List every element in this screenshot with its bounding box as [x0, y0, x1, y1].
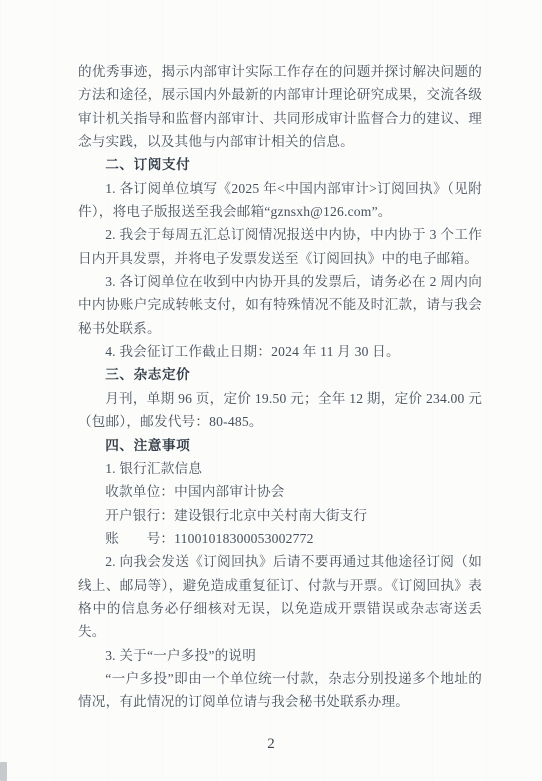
section-heading: 三、杂志定价 — [78, 363, 482, 386]
paragraph: “一户多投”即由一个单位统一付款，杂志分别投递多个地址的情况，有此情况的订阅单位… — [78, 667, 482, 714]
paragraph: 1. 银行汇款信息 — [78, 457, 482, 480]
paragraph: 收款单位：中国内部审计协会 — [78, 480, 482, 503]
paragraph: 的优秀事迹，揭示内部审计实际工作存在的问题并探讨解决问题的方法和途径，展示国内外… — [78, 60, 482, 153]
paragraph: 4. 我会征订工作截止日期：2024 年 11 月 30 日。 — [78, 340, 482, 363]
paragraph: 2. 我会于每周五汇总订阅情况报送中内协，中内协于 3 个工作日内开具发票，并将… — [78, 223, 482, 270]
paragraph: 开户银行：建设银行北京中关村南大街支行 — [78, 504, 482, 527]
scan-artifact — [0, 762, 7, 781]
paragraph: 2. 向我会发送《订阅回执》后请不要再通过其他途径订阅（如线上、邮局等），避免造… — [78, 550, 482, 643]
page-number: 2 — [0, 736, 542, 753]
document-body: 的优秀事迹，揭示内部审计实际工作存在的问题并探讨解决问题的方法和途径，展示国内外… — [78, 60, 482, 714]
paragraph: 账 号：11001018300053002772 — [78, 527, 482, 550]
paragraph: 3. 关于“一户多投”的说明 — [78, 644, 482, 667]
paragraph: 月刊，单期 96 页，定价 19.50 元；全年 12 期，定价 234.00 … — [78, 387, 482, 434]
paragraph: 1. 各订阅单位填写《2025 年<中国内部审计>订阅回执》（见附件），将电子版… — [78, 177, 482, 224]
section-heading: 二、订阅支付 — [78, 153, 482, 176]
paragraph: 3. 各订阅单位在收到中内协开具的发票后，请务必在 2 周内向中内协账户完成转帐… — [78, 270, 482, 340]
document-page: 的优秀事迹，揭示内部审计实际工作存在的问题并探讨解决问题的方法和途径，展示国内外… — [0, 0, 542, 781]
section-heading: 四、注意事项 — [78, 434, 482, 457]
